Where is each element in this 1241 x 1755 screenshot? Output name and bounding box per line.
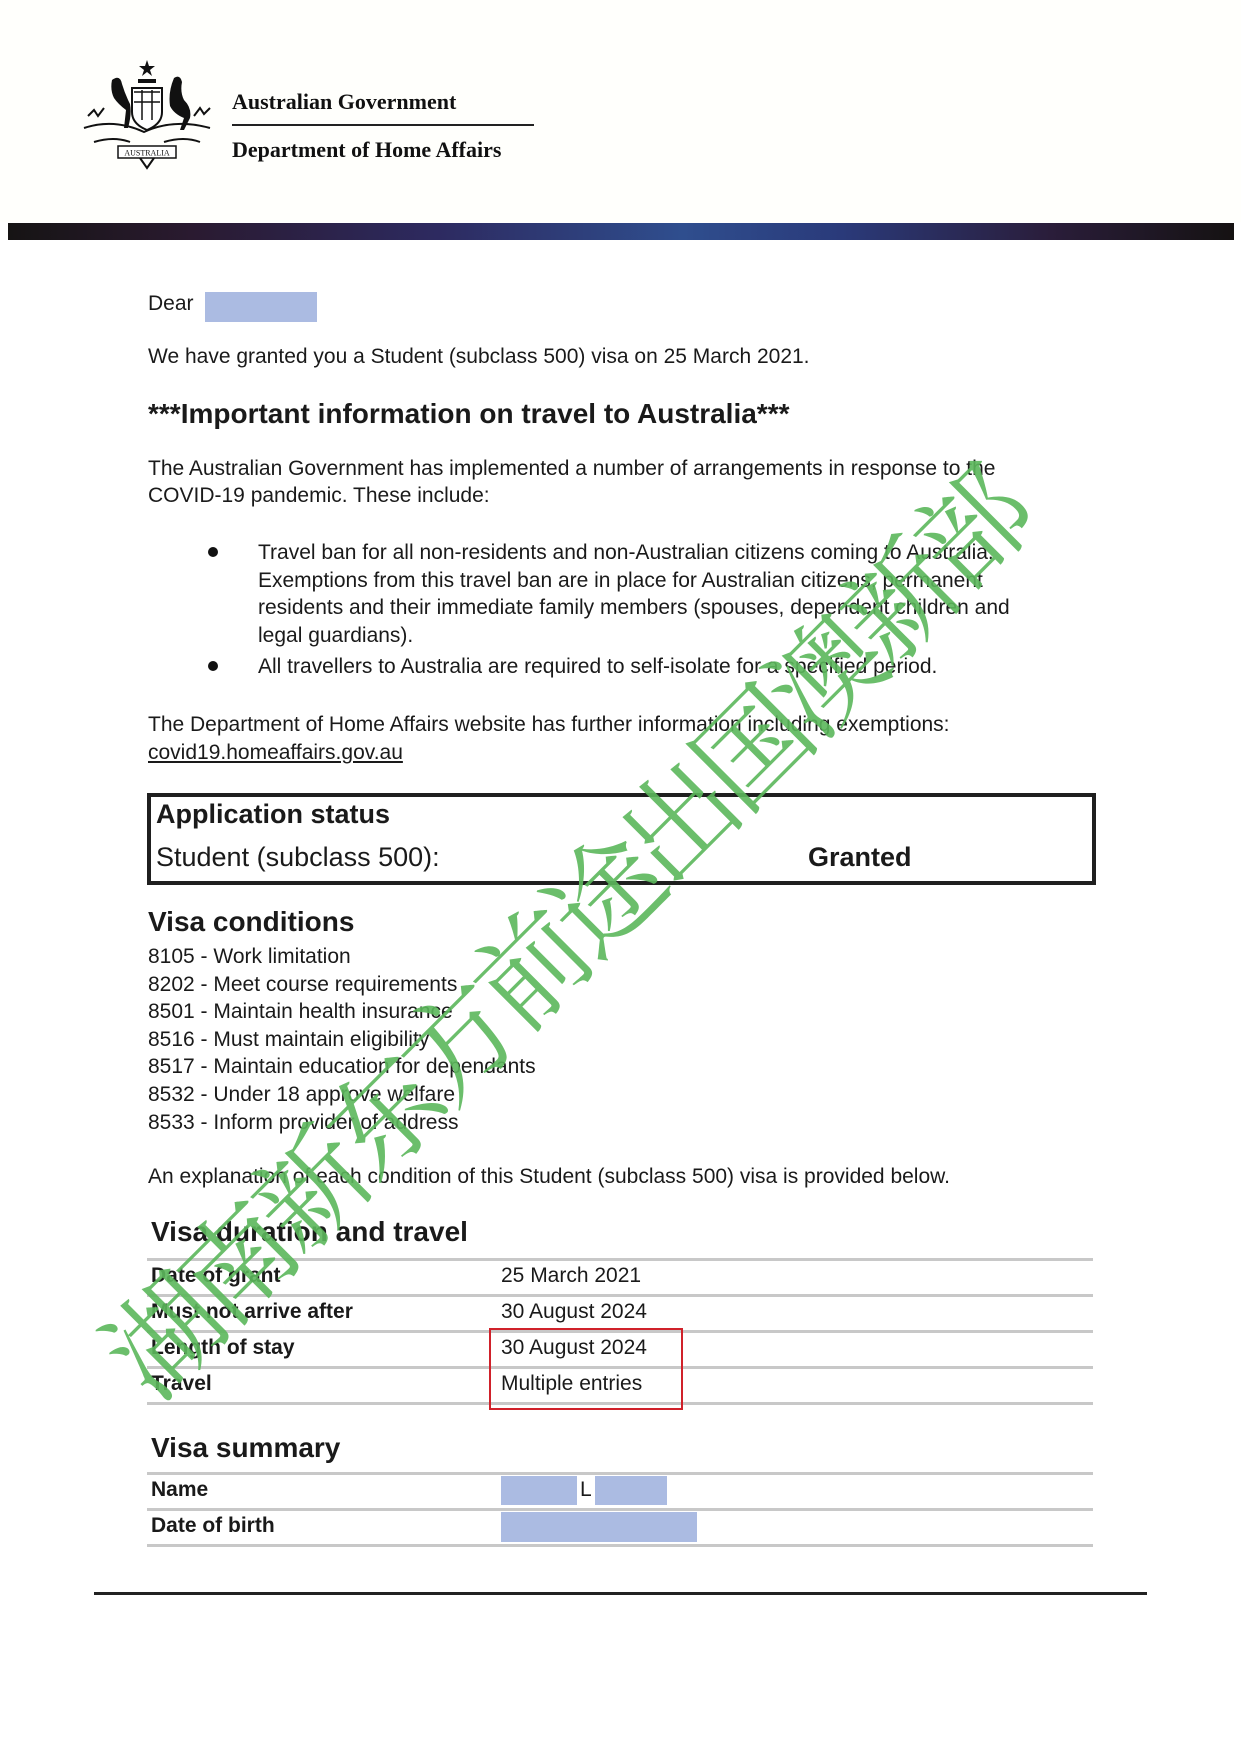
visa-summary-table: Name L Date of birth: [147, 1472, 1093, 1547]
visa-duration-heading: Visa duration and travel: [151, 1216, 468, 1248]
row-value: 30 August 2024: [501, 1300, 647, 1324]
australian-coat-of-arms-icon: AUSTRALIA: [74, 58, 220, 170]
row-label: Date of grant: [151, 1264, 281, 1288]
grant-sentence: We have granted you a Student (subclass …: [148, 345, 810, 369]
row-value-name: L: [501, 1476, 667, 1505]
row-label: Length of stay: [151, 1336, 295, 1360]
row-label: Date of birth: [151, 1514, 275, 1538]
name-fragment: L: [580, 1478, 592, 1501]
table-row: Date of grant 25 March 2021: [147, 1258, 1093, 1294]
application-status-label: Student (subclass 500):: [156, 842, 440, 873]
covid-website-link[interactable]: covid19.homeaffairs.gov.au: [148, 741, 403, 765]
redacted-date-of-birth: [501, 1512, 697, 1542]
table-row: Name L: [147, 1472, 1093, 1508]
bullet-icon: [208, 661, 218, 671]
row-value-dob: [501, 1512, 697, 1542]
visa-conditions-list: 8105 - Work limitation 8202 - Meet cours…: [148, 943, 536, 1136]
condition-item: 8516 - Must maintain eligibility: [148, 1026, 536, 1054]
important-info-heading: ***Important information on travel to Au…: [148, 398, 790, 430]
footer-rule: [94, 1592, 1147, 1595]
condition-item: 8517 - Maintain education for dependants: [148, 1053, 536, 1081]
redacted-family-name: [595, 1476, 667, 1505]
condition-item: 8533 - Inform provider of address: [148, 1109, 536, 1137]
row-label: Travel: [151, 1372, 212, 1396]
row-label: Name: [151, 1478, 208, 1502]
government-title: Australian Government: [232, 89, 456, 115]
bullet-line: Travel ban for all non-residents and non…: [258, 539, 1010, 567]
bullet-line: legal guardians).: [258, 622, 1010, 650]
condition-item: 8105 - Work limitation: [148, 943, 536, 971]
table-row: Date of birth: [147, 1508, 1093, 1547]
condition-item: 8202 - Meet course requirements: [148, 971, 536, 999]
salutation: Dear: [148, 292, 194, 316]
visa-summary-heading: Visa summary: [151, 1432, 340, 1464]
row-value: 25 March 2021: [501, 1264, 641, 1288]
bullet-line: residents and their immediate family mem…: [258, 594, 1010, 622]
letterhead-rule: [232, 124, 534, 126]
red-highlight-annotation: [489, 1328, 683, 1410]
conditions-explanation: An explanation of each condition of this…: [148, 1165, 950, 1189]
application-status-box: Application status Student (subclass 500…: [147, 793, 1096, 885]
application-status-value: Granted: [808, 842, 912, 873]
condition-item: 8532 - Under 18 approve welfare: [148, 1081, 536, 1109]
bullet-icon: [208, 547, 218, 557]
bullet-travel-ban: Travel ban for all non-residents and non…: [258, 539, 1010, 649]
header-gradient-bar: [8, 223, 1234, 240]
redacted-given-name: [501, 1476, 577, 1505]
department-title: Department of Home Affairs: [232, 137, 501, 163]
row-label: Must not arrive after: [151, 1300, 353, 1324]
bullet-line: All travellers to Australia are required…: [258, 653, 937, 681]
intro-line-1: The Australian Government has implemente…: [148, 457, 995, 481]
bullet-line: Exemptions from this travel ban are in p…: [258, 567, 1010, 595]
application-status-title: Application status: [156, 799, 390, 830]
redacted-recipient-name: [205, 292, 317, 322]
table-row: Must not arrive after 30 August 2024: [147, 1294, 1093, 1330]
intro-line-2: COVID-19 pandemic. These include:: [148, 484, 490, 508]
svg-text:AUSTRALIA: AUSTRALIA: [124, 149, 170, 158]
website-sentence: The Department of Home Affairs website h…: [148, 713, 950, 737]
visa-conditions-heading: Visa conditions: [148, 906, 354, 938]
condition-item: 8501 - Maintain health insurance: [148, 998, 536, 1026]
bullet-self-isolate: All travellers to Australia are required…: [258, 653, 937, 681]
